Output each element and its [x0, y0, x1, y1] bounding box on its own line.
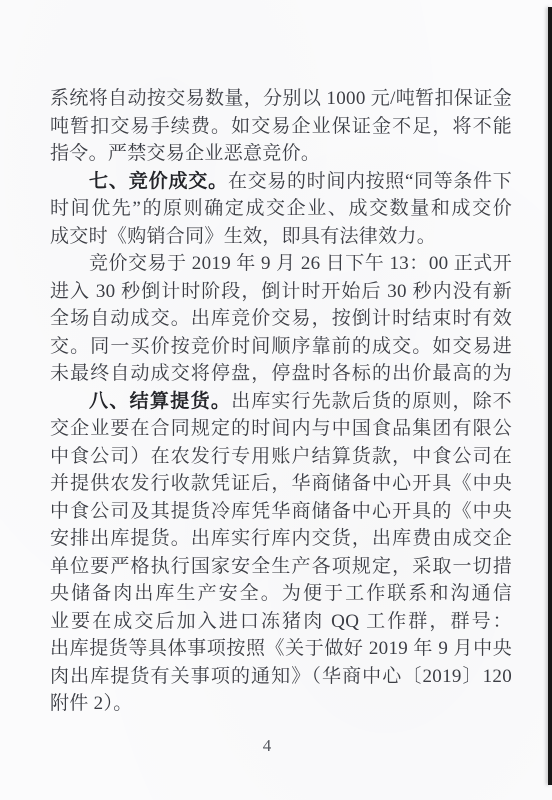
- text-line: 进入 30 秒倒计时阶段，倒计时开始后 30 秒内没有新的有效报价，: [50, 278, 512, 306]
- text-run: 时间优先”的原则确定成交企业、成交数量和成交价格。竞价交易: [50, 198, 512, 223]
- text-run: 交。同一买价按竞价时间顺序靠前的成交。如交易进行到 16:00 还: [50, 336, 512, 361]
- text-line: 未最终自动成交将停盘，停盘时各标的出价最高的为成交方。: [50, 360, 512, 388]
- text-line: 交。同一买价按竞价时间顺序靠前的成交。如交易进行到 16:00 还: [50, 333, 512, 361]
- text-run: 单位要严格执行国家安全生产各项规定，采取一切措施确保中: [50, 556, 512, 581]
- scanned-document-page: 系统将自动按交易数量，分别以 1000 元/吨暂扣保证金和以 10 元/吨暂扣交…: [0, 0, 552, 800]
- text-line: 指令。严禁交易企业恶意竞价。: [50, 140, 512, 168]
- text-line: 出库提货等具体事项按照《关于做好 2019 年 9 月中央储备冻猪: [50, 635, 512, 663]
- text-line: 肉出库提货有关事项的通知》（华商中心〔2019〕120 号）执行（见: [50, 663, 512, 691]
- text-run: 业要在成交后加入进口冻猪肉 QQ 工作群，群号：594780103，: [50, 611, 512, 636]
- text-run: 指令。严禁交易企业恶意竞价。: [50, 143, 320, 164]
- text-run: 成交时《购销合同》生效，即具有法律效力。: [50, 226, 436, 247]
- text-run: 系统将自动按交易数量，分别以 1000 元/吨暂扣保证金和以 10 元/: [50, 88, 512, 113]
- section-heading: 八、结算提货。: [89, 391, 231, 412]
- text-line: 竞价交易于 2019 年 9 月 26 日下午 13：00 正式开市，13：30: [50, 250, 512, 278]
- page-number: 4: [36, 736, 498, 756]
- text-line: 成交时《购销合同》生效，即具有法律效力。: [50, 223, 512, 251]
- text-line: 七、竞价成交。在交易的时间内按照“同等条件下价高者优先、: [50, 168, 512, 196]
- text-line: 业要在成交后加入进口冻猪肉 QQ 工作群，群号：594780103，: [50, 608, 512, 636]
- text-line: 单位要严格执行国家安全生产各项规定，采取一切措施确保中: [50, 553, 512, 581]
- text-run: 附件 2）。: [50, 693, 133, 714]
- text-line: 安排出库提货。出库实行库内交货，出库费由成交企业负担。相关: [50, 525, 512, 553]
- text-line: 中食公司及其提货冷库凭华商储备中心开具的《中央储备肉出库单》: [50, 498, 512, 526]
- text-line: 央储备肉出库生产安全。为便于工作联系和沟通信息，成交企: [50, 580, 512, 608]
- text-line: 附件 2）。: [50, 690, 512, 718]
- text-run: 未最终自动成交将停盘，停盘时各标的出价最高的为成交方。: [50, 363, 512, 388]
- text-line: 并提供农发行收款凭证后，华商储备中心开具《中央储备肉出库单》，: [50, 470, 512, 498]
- text-line: 八、结算提货。出库实行先款后货的原则，除不可抗力外，成: [50, 388, 512, 416]
- text-line: 系统将自动按交易数量，分别以 1000 元/吨暂扣保证金和以 10 元/: [50, 85, 512, 113]
- section-heading: 七、竞价成交。: [89, 171, 228, 192]
- text-run: 肉出库提货有关事项的通知》（华商中心〔2019〕120 号）执行（见: [50, 666, 512, 691]
- text-run: 竞价交易于 2019 年 9 月 26 日下午 13：00 正式开市，13：30: [89, 253, 512, 278]
- text-run: 央储备肉出库生产安全。为便于工作联系和沟通信息，成交企: [50, 583, 512, 608]
- text-line: 交企业要在合同规定的时间内与中国食品集团有限公司（以下简称: [50, 415, 512, 443]
- document-text-block: 系统将自动按交易数量，分别以 1000 元/吨暂扣保证金和以 10 元/吨暂扣交…: [50, 85, 512, 718]
- text-line: 吨暂扣交易手续费。如交易企业保证金不足，将不能发出“邀约”: [50, 113, 512, 141]
- text-run: 中食公司）在农发行专用账户结算货款，中食公司在确认结算完毕: [50, 446, 512, 471]
- text-run: 全场自动成交。出库竞价交易，按倒计时结束时有效的最高买价成: [50, 308, 512, 333]
- text-run: 进入 30 秒倒计时阶段，倒计时开始后 30 秒内没有新的有效报价，: [50, 281, 512, 306]
- scan-edge-artifact: [548, 7, 552, 785]
- text-run: 安排出库提货。出库实行库内交货，出库费由成交企业负担。相关: [50, 528, 512, 553]
- text-run: 并提供农发行收款凭证后，华商储备中心开具《中央储备肉出库单》，: [50, 473, 512, 498]
- text-line: 全场自动成交。出库竞价交易，按倒计时结束时有效的最高买价成: [50, 305, 512, 333]
- text-run: 交企业要在合同规定的时间内与中国食品集团有限公司（以下简称: [50, 418, 512, 443]
- text-line: 中食公司）在农发行专用账户结算货款，中食公司在确认结算完毕: [50, 443, 512, 471]
- text-line: 时间优先”的原则确定成交企业、成交数量和成交价格。竞价交易: [50, 195, 512, 223]
- text-run: 中食公司及其提货冷库凭华商储备中心开具的《中央储备肉出库单》: [50, 501, 512, 526]
- text-run: 出库提货等具体事项按照《关于做好 2019 年 9 月中央储备冻猪: [50, 638, 512, 663]
- text-run: 吨暂扣交易手续费。如交易企业保证金不足，将不能发出“邀约”: [50, 116, 512, 141]
